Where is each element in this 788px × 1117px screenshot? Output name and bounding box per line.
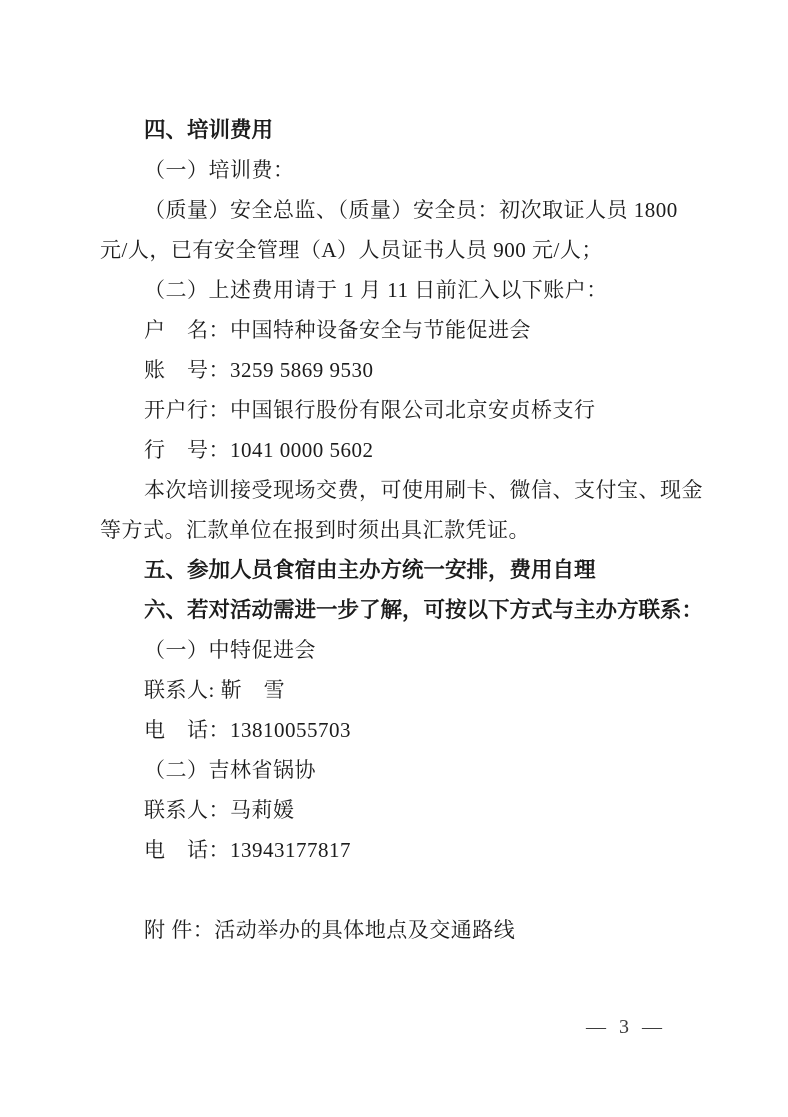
document-line: （二）吉林省锅协 [100, 750, 692, 790]
document-line: 附 件：活动举办的具体地点及交通路线 [100, 910, 692, 950]
document-line: 等方式。汇款单位在报到时须出具汇款凭证。 [100, 510, 692, 550]
section-heading: 五、参加人员食宿由主办方统一安排，费用自理 [100, 550, 692, 590]
document-line: 户 名：中国特种设备安全与节能促进会 [100, 310, 692, 350]
document-line: （一）培训费： [100, 150, 692, 190]
document-line: 联系人：马莉媛 [100, 790, 692, 830]
document-line: 电 话：13810055703 [100, 710, 692, 750]
section-heading: 六、若对活动需进一步了解，可按以下方式与主办方联系： [100, 590, 692, 630]
document-line: 本次培训接受现场交费，可使用刷卡、微信、支付宝、现金 [100, 470, 692, 510]
document-line: （质量）安全总监、（质量）安全员：初次取证人员 1800 [100, 190, 692, 230]
document-line: 电 话：13943177817 [100, 830, 692, 870]
document-line: 联系人: 靳 雪 [100, 670, 692, 710]
page-number: — 3 — [586, 1016, 666, 1038]
page-footer: — 3 — [586, 1016, 666, 1039]
blank-line [100, 870, 692, 910]
section-heading: 四、培训费用 [100, 110, 692, 150]
document-page: 四、培训费用（一）培训费：（质量）安全总监、（质量）安全员：初次取证人员 180… [0, 0, 788, 1117]
document-line: （一）中特促进会 [100, 630, 692, 670]
document-line: （二）上述费用请于 1 月 11 日前汇入以下账户： [100, 270, 692, 310]
document-line: 开户行：中国银行股份有限公司北京安贞桥支行 [100, 390, 692, 430]
document-line: 元/人，已有安全管理（A）人员证书人员 900 元/人； [100, 230, 692, 270]
document-content: 四、培训费用（一）培训费：（质量）安全总监、（质量）安全员：初次取证人员 180… [100, 110, 692, 950]
document-line: 行 号：1041 0000 5602 [100, 430, 692, 470]
document-line: 账 号：3259 5869 9530 [100, 350, 692, 390]
